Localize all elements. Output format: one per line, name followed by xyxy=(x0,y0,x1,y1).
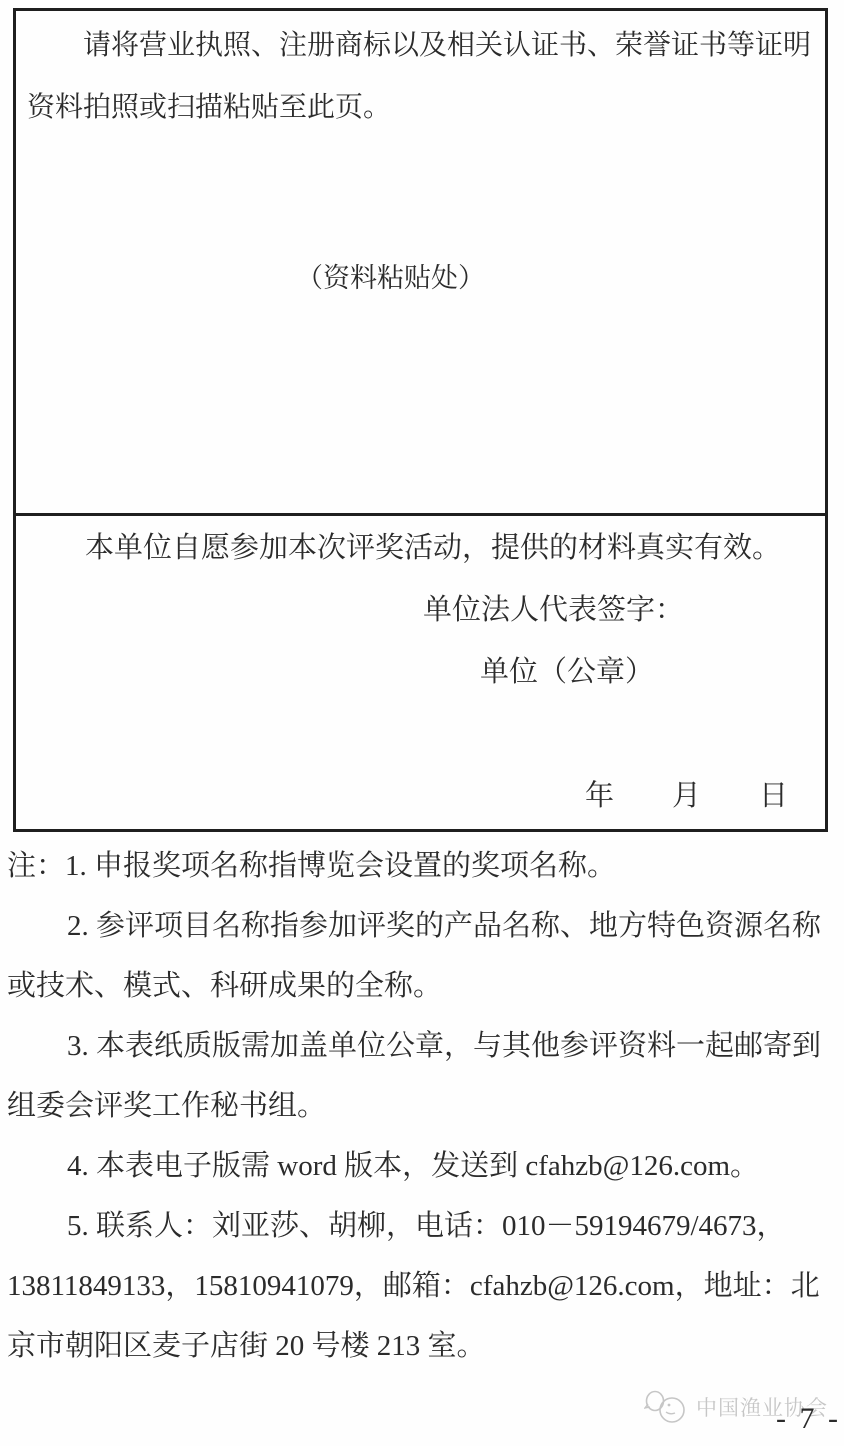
notes-section: 注：1. 申报奖项名称指博览会设置的奖项名称。 2. 参评项目名称指参加评奖的产… xyxy=(0,836,844,1376)
note-item-3: 3. 本表纸质版需加盖单位公章，与其他参评资料一起邮寄到组委会评奖工作秘书组。 xyxy=(7,1016,839,1136)
fisheries-association-logo-icon xyxy=(644,1390,688,1424)
legal-representative-signature-label: 单位法人代表签字： xyxy=(423,579,814,641)
note-item-5: 5. 联系人：刘亚莎、胡柳，电话：010－59194679/4673，13811… xyxy=(7,1196,839,1376)
unit-seal-label: 单位（公章） xyxy=(480,641,814,703)
declaration-cell: 本单位自愿参加本次评奖活动，提供的材料真实有效。 单位法人代表签字： 单位（公章… xyxy=(16,516,825,832)
note-item-4: 4. 本表电子版需 word 版本，发送到 cfahzb@126.com。 xyxy=(7,1136,839,1196)
date-line: 年 月 日 xyxy=(27,765,814,827)
note-item-1: 注：1. 申报奖项名称指博览会设置的奖项名称。 xyxy=(7,836,839,896)
page-number: - 7 - xyxy=(776,1402,841,1436)
attachment-paste-cell: 请将营业执照、注册商标以及相关认证书、荣誉证书等证明资料拍照或扫描粘贴至此页。 … xyxy=(16,11,825,516)
paste-instruction: 请将营业执照、注册商标以及相关认证书、荣誉证书等证明资料拍照或扫描粘贴至此页。 xyxy=(27,15,814,139)
declaration-statement: 本单位自愿参加本次评奖活动，提供的材料真实有效。 xyxy=(27,517,814,579)
attachment-table: 请将营业执照、注册商标以及相关认证书、荣誉证书等证明资料拍照或扫描粘贴至此页。 … xyxy=(13,8,828,832)
note-item-2: 2. 参评项目名称指参加评奖的产品名称、地方特色资源名称或技术、模式、科研成果的… xyxy=(7,896,839,1016)
document-page: 请将营业执照、注册商标以及相关认证书、荣誉证书等证明资料拍照或扫描粘贴至此页。 … xyxy=(0,0,844,1446)
paste-area-placeholder: （资料粘贴处） xyxy=(0,247,784,309)
